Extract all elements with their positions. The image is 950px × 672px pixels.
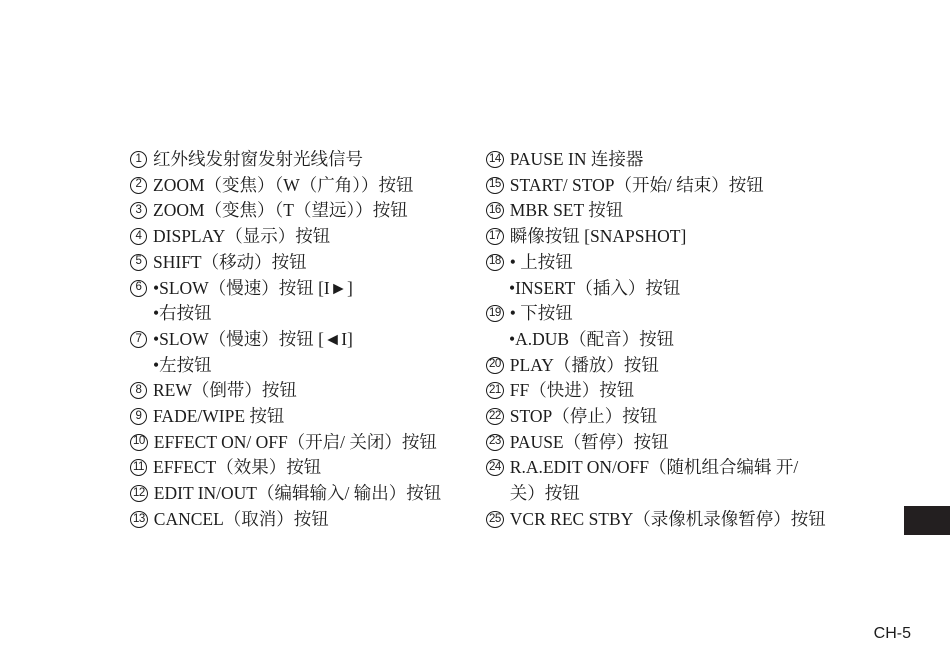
item-number-badge: 10 xyxy=(130,434,148,451)
item-number-badge: 7 xyxy=(130,331,147,348)
item-label: PLAY（播放）按钮 xyxy=(510,353,659,379)
item-label: • 上按钮 xyxy=(510,250,573,276)
item-label: START/ STOP（开始/ 结束）按钮 xyxy=(510,173,764,199)
item-label: SHIFT（移动）按钮 xyxy=(153,250,307,276)
item-number-badge: 2 xyxy=(130,177,147,194)
parts-list-right-column: 14PAUSE IN 连接器15START/ STOP（开始/ 结束）按钮16M… xyxy=(486,147,886,533)
list-subitem: •左按钮 xyxy=(130,353,475,379)
list-item: 15START/ STOP（开始/ 结束）按钮 xyxy=(486,173,886,199)
list-item: 10EFFECT ON/ OFF（开启/ 关闭）按钮 xyxy=(130,430,475,456)
item-label: ZOOM（变焦）（T（望远））按钮 xyxy=(153,198,408,224)
list-item: 7•SLOW（慢速）按钮 [◄I] xyxy=(130,327,475,353)
list-item: 24R.A.EDIT ON/OFF（随机组合编辑 开/ 关）按钮 xyxy=(486,455,886,506)
list-item: 2ZOOM（变焦）（W（广角））按钮 xyxy=(130,173,475,199)
item-number-badge: 6 xyxy=(130,280,147,297)
item-label: PAUSE IN 连接器 xyxy=(510,147,644,173)
item-number-badge: 25 xyxy=(486,511,504,528)
list-item: 17瞬像按钮 [SNAPSHOT] xyxy=(486,224,886,250)
list-item: 8REW（倒带）按钮 xyxy=(130,378,475,404)
item-number-badge: 17 xyxy=(486,228,504,245)
list-subitem: •右按钮 xyxy=(130,301,475,327)
list-item: 5SHIFT（移动）按钮 xyxy=(130,250,475,276)
item-number-badge: 21 xyxy=(486,382,504,399)
item-label: R.A.EDIT ON/OFF（随机组合编辑 开/ 关）按钮 xyxy=(510,455,798,506)
list-item: 3ZOOM（变焦）（T（望远））按钮 xyxy=(130,198,475,224)
list-item: 23PAUSE（暂停）按钮 xyxy=(486,430,886,456)
item-number-badge: 20 xyxy=(486,357,504,374)
list-item: 6•SLOW（慢速）按钮 [I►] xyxy=(130,276,475,302)
item-label: 红外线发射窗发射光线信号 xyxy=(153,147,363,173)
item-label: FF（快进）按钮 xyxy=(510,378,634,404)
item-number-badge: 1 xyxy=(130,151,147,168)
page-number: CH-5 xyxy=(874,625,911,643)
item-label: EFFECT ON/ OFF（开启/ 关闭）按钮 xyxy=(154,430,437,456)
item-number-badge: 11 xyxy=(130,459,147,476)
item-label: VCR REC STBY（录像机录像暂停）按钮 xyxy=(510,507,826,533)
list-subitem: •A.DUB（配音）按钮 xyxy=(486,327,886,353)
item-number-badge: 13 xyxy=(130,511,148,528)
item-label: • 下按钮 xyxy=(510,301,573,327)
item-number-badge: 12 xyxy=(130,485,148,502)
item-label: CANCEL（取消）按钮 xyxy=(154,507,329,533)
item-number-badge: 15 xyxy=(486,177,504,194)
list-item: 14PAUSE IN 连接器 xyxy=(486,147,886,173)
list-item: 11EFFECT（效果）按钮 xyxy=(130,455,475,481)
item-number-badge: 3 xyxy=(130,202,147,219)
list-subitem: •INSERT（插入）按钮 xyxy=(486,276,886,302)
list-item: 19• 下按钮 xyxy=(486,301,886,327)
item-label: •SLOW（慢速）按钮 [◄I] xyxy=(153,327,353,353)
item-number-badge: 24 xyxy=(486,459,504,476)
list-item: 13CANCEL（取消）按钮 xyxy=(130,507,475,533)
item-label: STOP（停止）按钮 xyxy=(510,404,657,430)
item-label: EDIT IN/OUT（编辑输入/ 输出）按钮 xyxy=(154,481,441,507)
item-number-badge: 23 xyxy=(486,434,504,451)
list-item: 9FADE/WIPE 按钮 xyxy=(130,404,475,430)
list-item: 1红外线发射窗发射光线信号 xyxy=(130,147,475,173)
list-item: 18• 上按钮 xyxy=(486,250,886,276)
item-label: MBR SET 按钮 xyxy=(510,198,623,224)
list-item: 12EDIT IN/OUT（编辑输入/ 输出）按钮 xyxy=(130,481,475,507)
list-item: 4DISPLAY（显示）按钮 xyxy=(130,224,475,250)
item-number-badge: 8 xyxy=(130,382,147,399)
item-number-badge: 19 xyxy=(486,305,504,322)
list-item: 22STOP（停止）按钮 xyxy=(486,404,886,430)
item-label: EFFECT（效果）按钮 xyxy=(153,455,321,481)
item-number-badge: 5 xyxy=(130,254,147,271)
list-item: 20PLAY（播放）按钮 xyxy=(486,353,886,379)
item-number-badge: 14 xyxy=(486,151,504,168)
parts-list-left-column: 1红外线发射窗发射光线信号2ZOOM（变焦）（W（广角））按钮3ZOOM（变焦）… xyxy=(130,147,475,533)
list-item: 16MBR SET 按钮 xyxy=(486,198,886,224)
item-label: FADE/WIPE 按钮 xyxy=(153,404,284,430)
item-number-badge: 9 xyxy=(130,408,147,425)
list-item: 21FF（快进）按钮 xyxy=(486,378,886,404)
item-number-badge: 22 xyxy=(486,408,504,425)
item-label: DISPLAY（显示）按钮 xyxy=(153,224,330,250)
item-label: 瞬像按钮 [SNAPSHOT] xyxy=(510,224,686,250)
item-label: •SLOW（慢速）按钮 [I►] xyxy=(153,276,353,302)
list-item: 25VCR REC STBY（录像机录像暂停）按钮 xyxy=(486,507,886,533)
item-label: PAUSE（暂停）按钮 xyxy=(510,430,669,456)
manual-page: 1红外线发射窗发射光线信号2ZOOM（变焦）（W（广角））按钮3ZOOM（变焦）… xyxy=(0,0,950,672)
item-label: ZOOM（变焦）（W（广角））按钮 xyxy=(153,173,414,199)
item-number-badge: 16 xyxy=(486,202,504,219)
item-number-badge: 18 xyxy=(486,254,504,271)
item-number-badge: 4 xyxy=(130,228,147,245)
section-edge-tab xyxy=(904,506,950,535)
item-label: REW（倒带）按钮 xyxy=(153,378,297,404)
